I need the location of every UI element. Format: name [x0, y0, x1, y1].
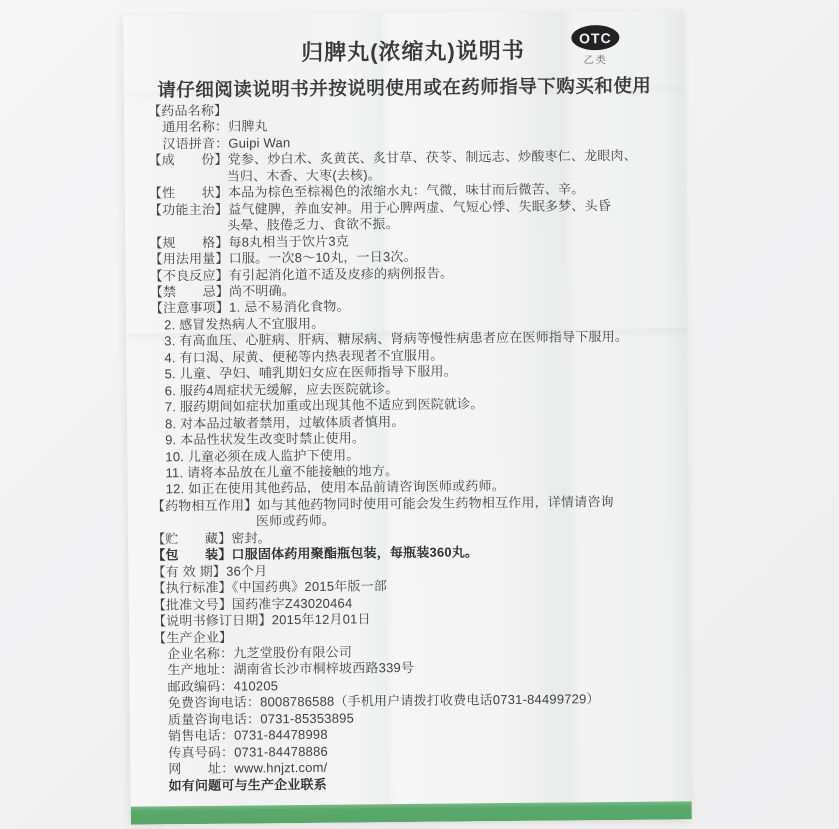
otc-badge: OTC 乙类 — [570, 25, 620, 66]
leaflet-body: 【药品名称】通用名称：归脾丸汉语拼音：Guipi Wan【成 份】党参、炒白术、… — [124, 98, 692, 794]
otc-oval-icon: OTC — [571, 25, 619, 50]
photo-background: 归脾丸(浓缩丸)说明书 OTC 乙类 请仔细阅读说明书并按说明使用或在药师指导下… — [0, 0, 839, 829]
leaflet-paper: 归脾丸(浓缩丸)说明书 OTC 乙类 请仔细阅读说明书并按说明使用或在药师指导下… — [123, 10, 692, 824]
green-band — [131, 801, 692, 824]
otc-category-label: 乙类 — [570, 51, 620, 66]
usage-notice: 请仔细阅读说明书并按说明使用或在药师指导下购买和使用 — [124, 71, 685, 102]
